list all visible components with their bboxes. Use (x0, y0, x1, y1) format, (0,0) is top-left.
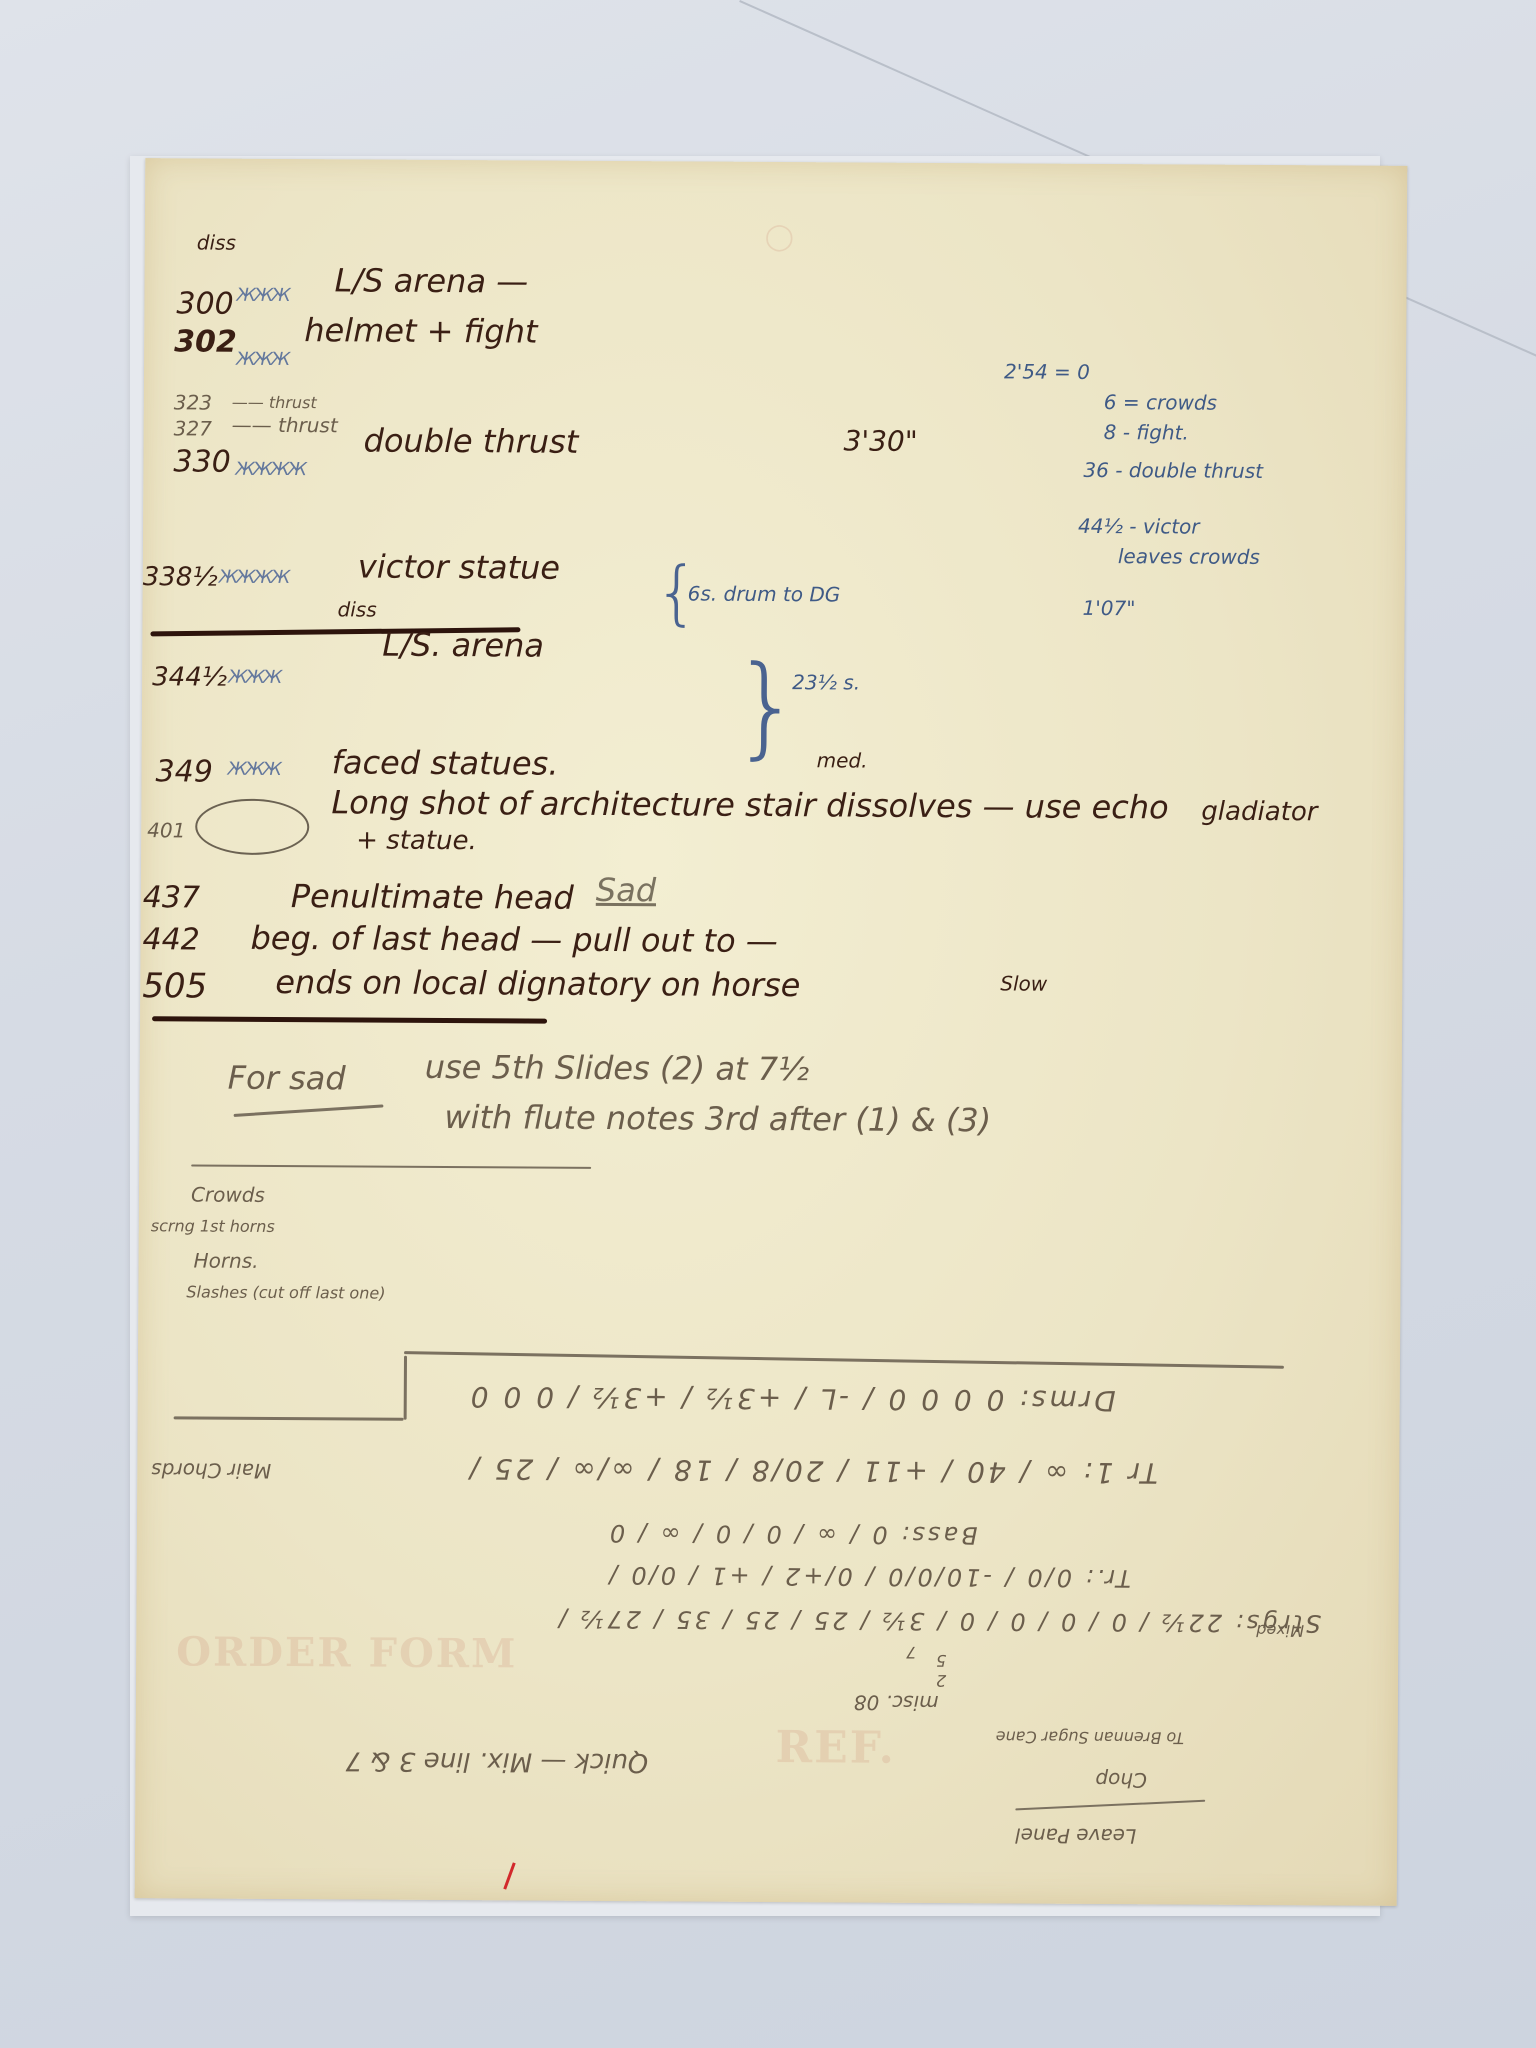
timing-item: leaves crowds (1118, 544, 1260, 569)
strings-row: Strgs: 22½ / 0 / 0 / 0 / 0 / 3½ / 25 / 2… (556, 1605, 1321, 1638)
circled-scribble (195, 798, 309, 855)
timing-start: 2'54 = 0 (1004, 359, 1090, 384)
cue-text: Long shot of architecture stair dissolve… (331, 783, 1169, 826)
cue-text: + statue. (356, 825, 477, 856)
cue-time: 349 (155, 754, 212, 789)
brace-note: 6s. drum to DG (688, 581, 841, 606)
timing-item: 36 - double thrust (1083, 458, 1263, 483)
for-sad-label: For sad (228, 1059, 346, 1098)
brace-note: 23½ s. (792, 670, 860, 694)
cue-text: faced statues. (332, 743, 559, 782)
chop-note: Chop (1095, 1768, 1147, 1792)
end-underline (152, 1016, 547, 1023)
cue-time: 344½ (152, 662, 227, 692)
cue-time: 505 (142, 966, 207, 1006)
cue-time: 330 (173, 444, 230, 479)
mixed-label: Mixed (1256, 1621, 1304, 1640)
timing-item: 6 = crowds (1104, 390, 1217, 415)
cue-text: L/S arena — (334, 261, 528, 300)
misc-note: 2 (936, 1671, 946, 1690)
diss-header: diss (197, 230, 236, 254)
to-brennan-note: To Brennan Sugar Cane (996, 1727, 1184, 1747)
cue-text: Penultimate head (291, 877, 574, 917)
bracket-line (404, 1356, 407, 1420)
timing-total: 1'07" (1083, 596, 1136, 620)
duration-note: 3'30" (844, 424, 918, 457)
bracket-line (404, 1351, 1284, 1369)
main-chords-note: Mair Chords (151, 1458, 271, 1483)
scribble-mark: ЖЖЖЖ (219, 567, 289, 588)
bass-row: Bass: 0 / ∞ / 0 / 0 / ∞ / 0 (607, 1519, 978, 1549)
sound-item: Crowds (191, 1182, 265, 1206)
scribble-mark: ЖЖЖ (228, 667, 280, 688)
cue-time: 437 (143, 880, 200, 915)
timing-item: 8 - fight. (1104, 420, 1189, 445)
scribble-mark: ЖЖЖЖ (235, 459, 305, 480)
quick-mix-note: Quick — Mix. line 3 & 7 (345, 1745, 648, 1777)
cue-text: —— thrust (232, 413, 338, 438)
drums-row: Drms: 0 0 0 0 / -L / +3½ / +3½ / 0 0 0 (468, 1380, 1116, 1417)
brace-mark: } (732, 642, 803, 770)
cue-time: 338½ (143, 562, 218, 592)
bracket-line (174, 1416, 404, 1420)
cue-time: 302 (174, 324, 237, 359)
cue-text: —— thrust (232, 393, 317, 413)
tr1-row: Tr 1: ∞ / 40 / +11 / 20/8 / 18 / ∞/∞ / 2… (467, 1452, 1158, 1489)
leave-panel-note: Leave Panel (1015, 1824, 1136, 1849)
cue-text: helmet + fight (304, 311, 537, 350)
paper-sheet: ◯ ORDER FORM REF. diss 300 ЖЖЖ L/S arena… (135, 158, 1408, 1906)
scribble-mark: ЖЖЖ (236, 285, 288, 306)
cue-text: victor statue (358, 547, 560, 586)
cue-time: 442 (142, 922, 199, 957)
faint-print-header: ◯ (765, 222, 796, 252)
diss-label: diss (338, 597, 377, 621)
sad-instruction-line: use 5th Slides (2) at 7½ (425, 1048, 810, 1088)
section-divider (191, 1164, 591, 1168)
cue-text: double thrust (363, 422, 578, 461)
sound-item: Slashes (cut off last one) (186, 1282, 385, 1302)
tr-row: Tr.: 0/0 / -10/0/0 / 0/+2 / +1 / 0/0 / (607, 1561, 1131, 1592)
sound-item: Horns. (194, 1248, 259, 1272)
misc-note: misc. 08 (854, 1691, 939, 1716)
chop-underline (1015, 1800, 1205, 1811)
cue-text: ends on local dignatory on horse (275, 963, 800, 1004)
sad-note: Sad (596, 871, 656, 909)
misc-note: 5 (936, 1651, 946, 1670)
scribble-mark: ЖЖЖ (236, 349, 288, 370)
scribble-mark: ЖЖЖ (228, 759, 280, 780)
for-sad-underline (234, 1104, 384, 1117)
misc-note: 7 (906, 1643, 916, 1662)
cue-text: L/S. arena (382, 626, 544, 665)
cue-time: 401 (147, 818, 185, 842)
med-note: med. (817, 748, 868, 772)
faint-print-order-form: ORDER FORM (176, 1628, 517, 1677)
cue-time: 323 (174, 390, 212, 414)
echo-note: gladiator (1201, 797, 1317, 828)
cue-text: beg. of last head — pull out to — (250, 919, 777, 960)
slow-note: Slow (1000, 971, 1047, 995)
faint-print-bottom: REF. (775, 1722, 896, 1774)
sad-instruction-line: with flute notes 3rd after (1) & (3) (444, 1098, 991, 1139)
timing-item: 44½ - victor (1078, 514, 1200, 539)
sound-item: scrng 1st horns (151, 1216, 275, 1236)
cue-time: 300 (176, 286, 233, 321)
cue-time: 327 (174, 416, 212, 440)
